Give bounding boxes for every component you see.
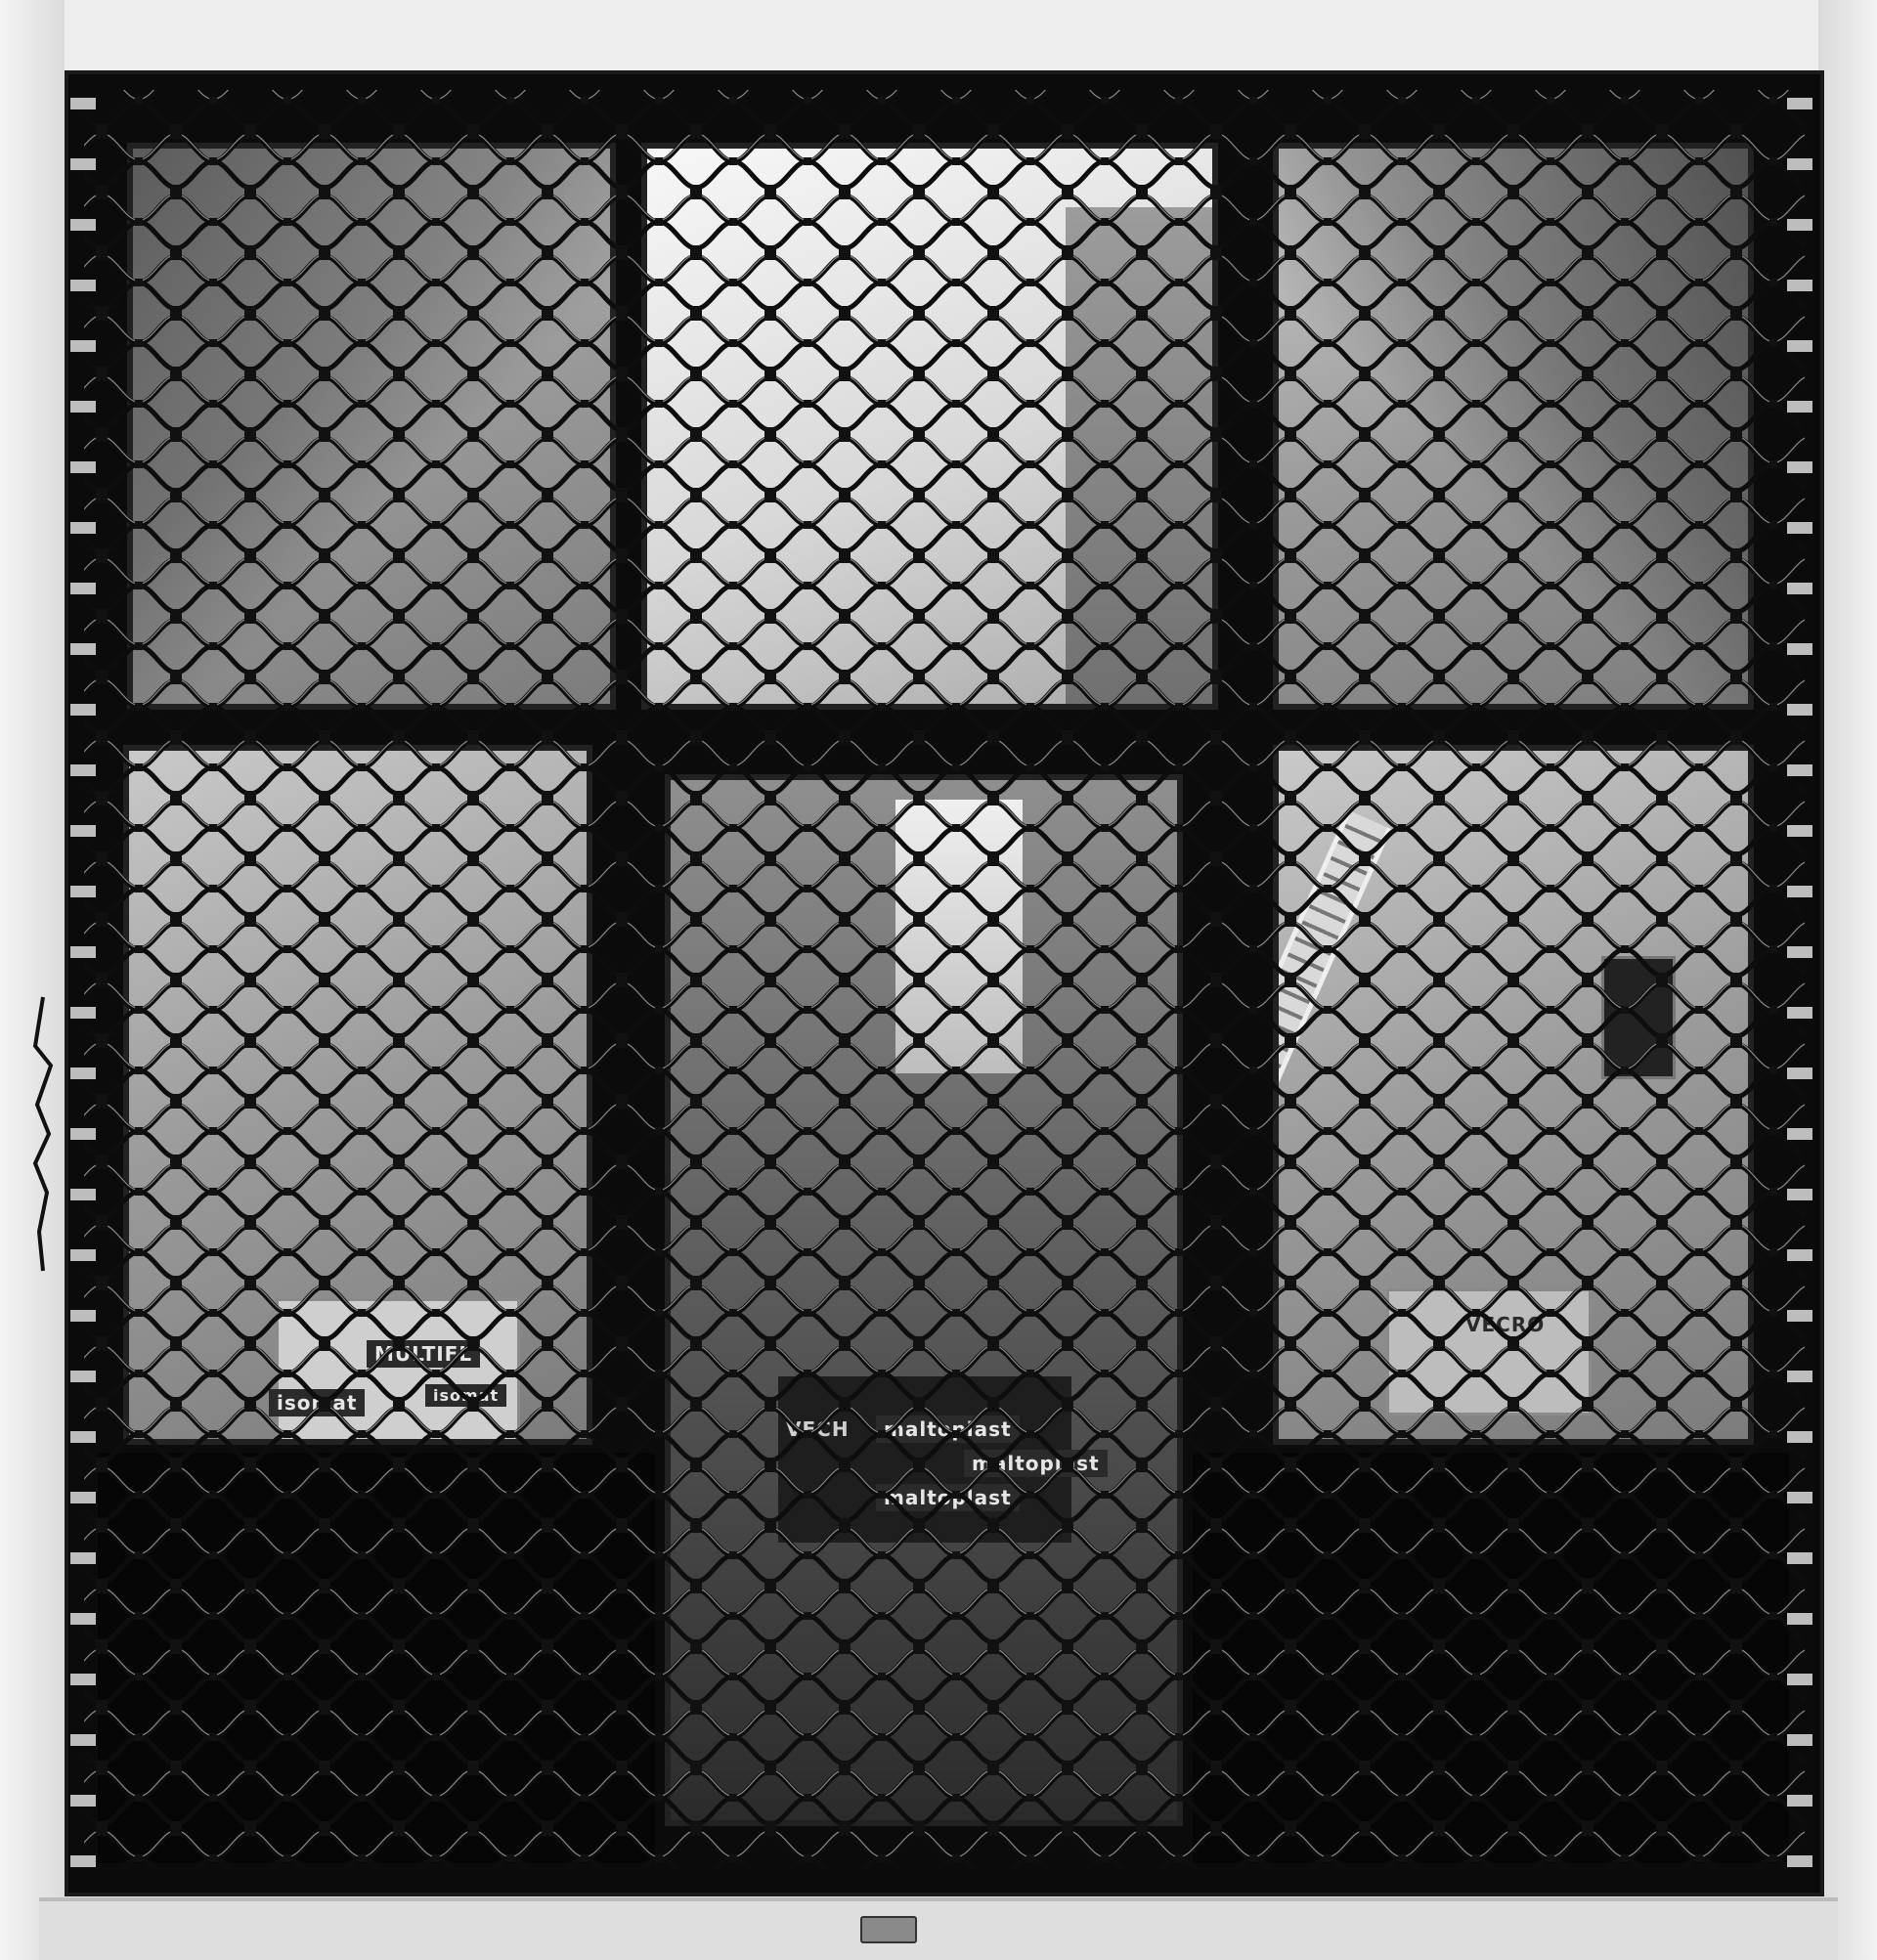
grille-clip	[70, 1007, 96, 1019]
grille-clip	[1787, 1855, 1812, 1867]
grille-clip	[1787, 1795, 1812, 1807]
grille-clip	[70, 1552, 96, 1564]
grille-clip	[70, 886, 96, 897]
product-box-right: VECRO	[1386, 1288, 1592, 1416]
pane-top-center	[641, 143, 1218, 710]
product-box-left: MULTIFL isomat isomat	[276, 1298, 520, 1445]
grille-clip	[1787, 401, 1812, 413]
grille-clip	[1787, 764, 1812, 776]
grille-clip	[1787, 643, 1812, 655]
grille-clip	[70, 1795, 96, 1807]
grille-clip	[70, 583, 96, 594]
grille-clip	[1787, 704, 1812, 716]
grille-clip	[1787, 158, 1812, 170]
stack-label: maltoplast	[876, 1484, 1020, 1511]
box-label: MULTIFL	[367, 1340, 480, 1368]
grille-clip	[1787, 98, 1812, 109]
grille-clip	[70, 461, 96, 473]
stack-label: VECH	[778, 1416, 857, 1443]
grille-clip	[1787, 825, 1812, 837]
grille-clip	[70, 1734, 96, 1746]
grille-clip	[1787, 946, 1812, 958]
grille-clip	[1787, 219, 1812, 231]
grille-clip	[70, 946, 96, 958]
wall-right-pillar	[1818, 0, 1877, 1960]
lower-panel-left	[98, 1453, 655, 1863]
grille-clip	[70, 825, 96, 837]
pane-bottom-center: VECH maltoplast maltoplast maltoplast	[665, 774, 1183, 1826]
grille-clip	[1787, 1613, 1812, 1625]
grille-clip	[1787, 340, 1812, 352]
grille-clip	[1787, 1128, 1812, 1140]
grille-clip	[1787, 1249, 1812, 1261]
grille-clip	[1787, 522, 1812, 534]
grille-clip	[70, 1613, 96, 1625]
grille-clip	[70, 643, 96, 655]
pane-bottom-left: MULTIFL isomat isomat	[123, 745, 592, 1445]
grille-clip	[70, 219, 96, 231]
grille-clip	[1787, 461, 1812, 473]
grille-clip	[1787, 583, 1812, 594]
grille-clip	[1787, 1007, 1812, 1019]
grille-clip	[1787, 1431, 1812, 1443]
grille-clip	[70, 1128, 96, 1140]
grille-clip	[70, 1431, 96, 1443]
grille-clip	[70, 522, 96, 534]
shadow	[133, 149, 610, 704]
padlock	[860, 1916, 917, 1943]
street-view-reflection	[895, 800, 1023, 1073]
box-label: isomat	[425, 1384, 506, 1407]
grille-clip	[70, 1249, 96, 1261]
grille-clip	[1787, 1189, 1812, 1200]
grille-clip	[70, 401, 96, 413]
grille-clip	[70, 1492, 96, 1503]
window-frame: MULTIFL isomat isomat VECH maltoplast ma…	[65, 70, 1824, 1896]
grille-clip	[1787, 1674, 1812, 1685]
wall-left-pillar	[0, 0, 65, 1960]
grille-clip	[70, 340, 96, 352]
grille-clip	[1787, 1734, 1812, 1746]
wall-graffiti-tag	[23, 987, 63, 1281]
box-label: VECRO	[1458, 1311, 1552, 1338]
wall-sign	[1601, 956, 1676, 1079]
grille-clip	[70, 1310, 96, 1322]
grille-clip	[1787, 1371, 1812, 1382]
grille-clip	[70, 280, 96, 291]
pane-top-right	[1273, 143, 1754, 710]
shadow	[1279, 149, 1748, 704]
grille-clip	[1787, 280, 1812, 291]
pane-top-left	[127, 143, 616, 710]
grille-clip	[70, 1674, 96, 1685]
window-sill	[39, 1897, 1838, 1960]
grille-clip	[1787, 886, 1812, 897]
building-reflection	[1066, 207, 1212, 710]
box-label: isomat	[269, 1389, 365, 1416]
grille-clip	[70, 1855, 96, 1867]
pane-bottom-right: VECRO	[1273, 745, 1754, 1445]
grille-clip	[1787, 1492, 1812, 1503]
grille-clip	[70, 1067, 96, 1079]
grille-clip	[1787, 1552, 1812, 1564]
grille-clip	[70, 1189, 96, 1200]
grille-clip	[1787, 1310, 1812, 1322]
grille-clip	[70, 98, 96, 109]
stack-label: maltoplast	[964, 1450, 1108, 1477]
product-stack-center: VECH maltoplast maltoplast maltoplast	[778, 1376, 1071, 1543]
grille-clip	[1787, 1067, 1812, 1079]
grille-clip	[70, 704, 96, 716]
grille-clip	[70, 764, 96, 776]
lower-panel-right	[1193, 1453, 1789, 1863]
stack-label: maltoplast	[876, 1416, 1020, 1443]
ladder	[1273, 809, 1392, 1329]
grille-clip	[70, 1371, 96, 1382]
grille-clip	[70, 158, 96, 170]
